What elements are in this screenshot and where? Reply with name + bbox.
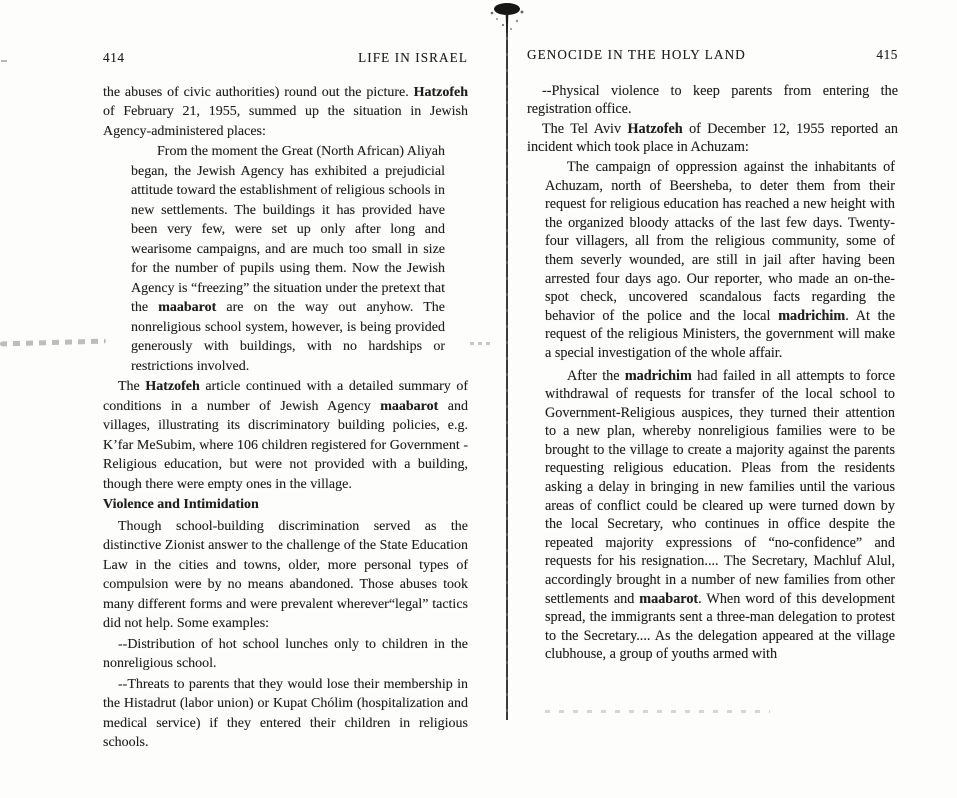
right-running-title: GENOCIDE IN THE HOLY LAND <box>527 46 746 65</box>
scan-speck <box>545 710 770 713</box>
blockquote-paragraph: The campaign of oppression against the i… <box>545 158 895 363</box>
paragraph: The Tel Aviv Hatzofeh of December 12, 19… <box>527 120 898 157</box>
paragraph: --Distribution of hot school lunches onl… <box>103 635 468 674</box>
blockquote-paragraph: After the madrichim had failed in all at… <box>545 367 895 665</box>
paragraph: the abuses of civic authorities) round o… <box>103 83 468 142</box>
left-page-number: 414 <box>103 48 125 68</box>
scan-speck <box>470 342 494 345</box>
right-page-body: --Physical violence to keep parents from… <box>527 82 898 664</box>
left-page: 414 LIFE IN ISRAEL the abuses of civic a… <box>103 48 468 753</box>
paragraph: --Threats to parents that they would los… <box>103 675 468 753</box>
left-running-head: 414 LIFE IN ISRAEL <box>103 48 468 68</box>
right-running-head: GENOCIDE IN THE HOLY LAND 415 <box>527 46 898 65</box>
left-page-body: the abuses of civic authorities) round o… <box>103 83 468 753</box>
page-binding-line <box>506 24 508 720</box>
paragraph: Though school-building discrimination se… <box>103 517 468 634</box>
paragraph: --Physical violence to keep parents from… <box>527 82 898 119</box>
scan-speck <box>1 60 7 62</box>
section-heading: Violence and Intimidation <box>103 495 468 515</box>
pencil-smudge <box>0 339 106 347</box>
blockquote-paragraph: From the moment the Great (North African… <box>131 142 445 376</box>
right-page: GENOCIDE IN THE HOLY LAND 415 --Physical… <box>527 46 898 664</box>
left-running-title: LIFE IN ISRAEL <box>358 48 468 68</box>
paragraph: The Hatzofeh article continued with a de… <box>103 377 468 494</box>
right-page-number: 415 <box>876 46 898 65</box>
